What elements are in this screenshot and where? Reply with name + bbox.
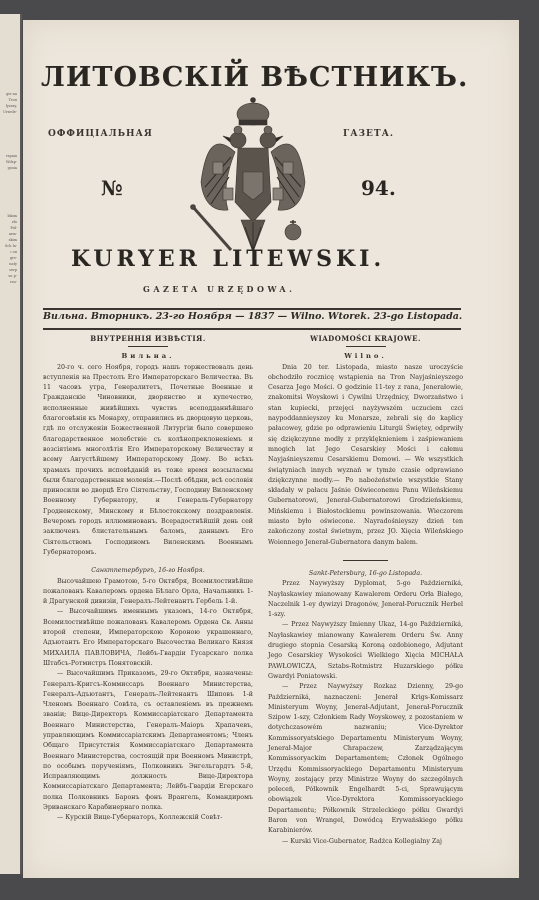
newspaper-page: ЛИТОВСКІЙ ВѢСТНИКЪ. ОФФИЦІАЛЬНАЯ ГАЗЕТА.… <box>23 20 519 878</box>
masthead-subtitle-gazette: ГАЗЕТА. <box>343 129 394 139</box>
adjacent-page-text: Urzede- <box>1 110 17 115</box>
adjacent-page-text: rzpaia <box>1 154 17 159</box>
article-paragraph: 20-го ч. сего Ноября, городъ нашъ торжес… <box>43 363 253 559</box>
masthead-subtitle-official: ОФФИЦІАЛЬНАЯ <box>48 129 153 139</box>
section-heading-pl: WIADOMOŚCI KRAJOWE. <box>268 334 463 344</box>
masthead-title-russian: ЛИТОВСКІЙ ВѢСТНИКЪ. <box>41 62 481 93</box>
sub-dateline-pl: Sankt-Petersburg, 16-go Listopada. <box>268 569 463 579</box>
city-heading-ru: Вильна. <box>43 351 253 361</box>
masthead-subtitle-polish: GAZETA URZĘDOWA. <box>143 284 295 294</box>
issue-number-label: № <box>101 176 123 200</box>
section-heading-ru: ВНУТРЕННІЯ ИЗВѢСТІЯ. <box>43 334 253 344</box>
article-paragraph: — Kurski Vice-Gubernator, Radźca Kollegi… <box>268 837 463 847</box>
adjacent-page-text: gie na <box>1 92 17 97</box>
divider-rule <box>43 328 461 330</box>
divider-rule <box>43 308 461 310</box>
adjacent-page-text: gre- <box>1 256 17 261</box>
adjacent-page-text: zło <box>1 220 17 225</box>
double-headed-eagle-icon <box>183 92 323 267</box>
article-paragraph: Dnia 20 ter. Listopada, miasto nasze uro… <box>268 363 463 548</box>
adjacent-page-text: rzu- <box>1 280 17 285</box>
column-polish: WIADOMOŚCI KRAJOWE. Wilno. Dnia 20 ter. … <box>268 334 463 847</box>
article-paragraph: — Курскій Вице-Губернаторъ, Коллежскій С… <box>43 813 253 823</box>
article-paragraph: Высочайшею Грамотою, 5-го Октября, Всеми… <box>43 577 253 608</box>
adjacent-page-text: serp <box>1 268 17 273</box>
heading-rule <box>346 346 386 347</box>
article-paragraph: — Высочайшимъ Приказомъ, 29-го Октября, … <box>43 669 253 813</box>
adjacent-page-text: zkim <box>1 238 17 243</box>
issue-number: 94. <box>361 176 396 200</box>
article-paragraph: — Przez Naywyższy Rozkaz Dzienny, 29-go … <box>268 682 463 836</box>
city-heading-pl: Wilno. <box>268 351 463 361</box>
adjacent-page-text: Sch la- <box>1 244 17 249</box>
adjacent-page-text: arm- <box>1 232 17 237</box>
article-paragraph: Przez Naywyższy Dyplomat, 5-go Październ… <box>268 579 463 620</box>
adjacent-page-text: gosia <box>1 166 17 171</box>
dateline: Вильна. Вторникъ. 23-го Ноября — 1837 — … <box>43 311 461 322</box>
heading-rule <box>128 346 168 347</box>
article-paragraph: — Przez Naywyższy Imienny Ukaz, 14-go Pa… <box>268 620 463 682</box>
masthead-title-polish: KURYER LITEWSKI. <box>71 246 451 272</box>
adjacent-page-text: i on <box>1 250 17 255</box>
column-russian: ВНУТРЕННІЯ ИЗВѢСТІЯ. Вильна. 20-го ч. се… <box>43 334 253 824</box>
adjacent-page-edge: gie na Tron lyzszy, Urzede- rzpaia Wdsp-… <box>0 14 22 874</box>
adjacent-page-text: Tron <box>1 98 17 103</box>
article-paragraph: — Высочайшимъ именнымъ указомъ, 14-го Ок… <box>43 607 253 669</box>
section-separator <box>343 560 388 561</box>
adjacent-page-text: Pał- <box>1 226 17 231</box>
adjacent-page-text: Wdsp- <box>1 160 17 165</box>
sub-dateline-ru: Санктпетербургъ, 16-го Ноября. <box>43 566 253 576</box>
adjacent-page-text: su p- <box>1 274 17 279</box>
adjacent-page-text: lyzszy, <box>1 104 17 109</box>
adjacent-page-text: naty <box>1 262 17 267</box>
adjacent-page-text: lskim <box>1 214 17 219</box>
